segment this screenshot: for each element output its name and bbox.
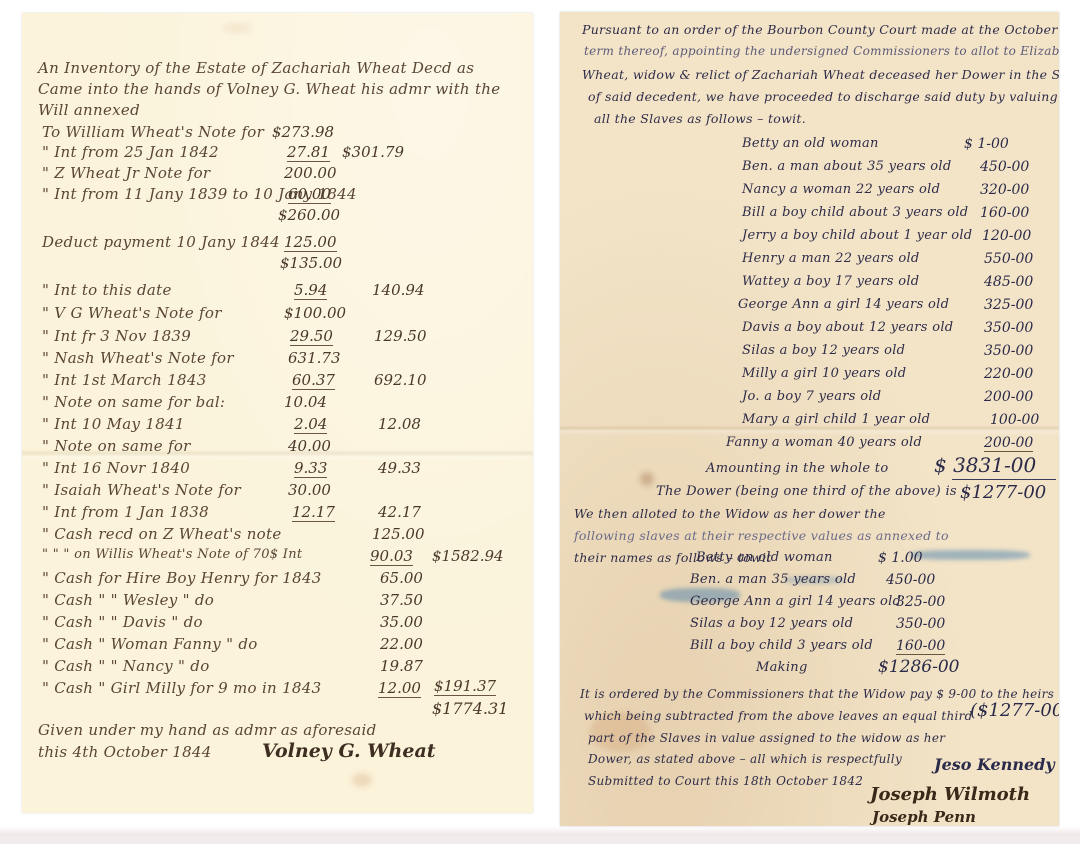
entry-text: Deduct payment 10 Jany 1844 bbox=[42, 233, 280, 251]
entry-total: 140.94 bbox=[372, 281, 425, 299]
entry-text: " Isaiah Wheat's Note for bbox=[42, 481, 241, 499]
allot-text-line-1: We then alloted to the Widow as her dowe… bbox=[574, 506, 886, 521]
entry-amount: 60.00 bbox=[288, 185, 331, 204]
entry-amount: 12.17 bbox=[292, 503, 335, 522]
allotted-value: 450-00 bbox=[886, 572, 935, 588]
entry-amount: 2.04 bbox=[294, 415, 327, 434]
entry-total: 49.33 bbox=[378, 459, 421, 477]
entry-text: " Cash " " Nancy " do bbox=[42, 657, 210, 675]
entry-text: " Cash " " Wesley " do bbox=[42, 591, 214, 609]
valuation-desc: Betty an old woman bbox=[742, 136, 879, 151]
dower-value: $1277-00 bbox=[960, 482, 1046, 503]
order-text-line-5: Submitted to Court this 18th October 184… bbox=[588, 774, 863, 788]
entry-text: " Int from 1 Jan 1838 bbox=[42, 503, 209, 521]
valuation-value: 100-00 bbox=[990, 412, 1039, 428]
valuation-value: 200-00 bbox=[984, 435, 1033, 452]
closing-line-1: Given under my hand as admr as aforesaid bbox=[38, 721, 377, 739]
preamble-line-5: all the Slaves as follows – towit. bbox=[594, 111, 806, 126]
entry-total: 12.08 bbox=[378, 415, 421, 433]
valuation-value: 485-00 bbox=[984, 274, 1033, 290]
entry-total: 22.00 bbox=[380, 635, 423, 653]
allotted-value: 350-00 bbox=[896, 616, 945, 632]
total-rule bbox=[952, 479, 1056, 480]
order-text-line-3: part of the Slaves in value assigned to … bbox=[588, 731, 945, 745]
entry-amount: 30.00 bbox=[288, 481, 331, 499]
entry-total: 12.00 bbox=[378, 679, 421, 698]
valuation-desc: Henry a man 22 years old bbox=[742, 251, 920, 266]
valuation-desc: George Ann a girl 14 years old bbox=[738, 297, 949, 312]
allotted-desc: Ben. a man 35 years old bbox=[690, 572, 856, 587]
entry-text: " Z Wheat Jr Note for bbox=[42, 164, 210, 182]
inventory-heading-line-3: Will annexed bbox=[38, 101, 140, 119]
grand-total: $1774.31 bbox=[432, 699, 508, 718]
entry-text: " Int fr 3 Nov 1839 bbox=[42, 327, 191, 345]
valuation-desc: Fanny a woman 40 years old bbox=[726, 435, 922, 450]
total-label: Amounting in the whole to bbox=[706, 461, 888, 476]
valuation-desc: Davis a boy about 12 years old bbox=[742, 320, 953, 335]
entry-text: " Int 10 May 1841 bbox=[42, 415, 185, 433]
allotted-value: $ 1.00 bbox=[878, 550, 923, 566]
entry-amount: 40.00 bbox=[288, 437, 331, 455]
allotted-value: 160-00 bbox=[896, 638, 945, 655]
entry-text: " Cash " Girl Milly for 9 mo in 1843 bbox=[42, 679, 321, 697]
allotted-value: 325-00 bbox=[896, 594, 945, 610]
entry-text: " Note on same for bbox=[42, 437, 191, 455]
entry-amount: 60.37 bbox=[292, 371, 335, 390]
entry-text: To William Wheat's Note for bbox=[42, 123, 264, 141]
entry-amount: $273.98 bbox=[272, 123, 334, 141]
entry-text: " Int 1st March 1843 bbox=[42, 371, 207, 389]
valuation-desc: Silas a boy 12 years old bbox=[742, 343, 905, 358]
entry-total: 37.50 bbox=[380, 591, 423, 609]
entry-text: " Cash for Hire Boy Henry for 1843 bbox=[42, 569, 322, 587]
entry-amount: 9.33 bbox=[294, 459, 327, 478]
entry-total: 42.17 bbox=[378, 503, 421, 521]
valuation-value: 325-00 bbox=[984, 297, 1033, 313]
allotted-desc: Bill a boy child 3 years old bbox=[690, 638, 873, 653]
entry-total: 125.00 bbox=[372, 525, 425, 543]
allotted-desc: George Ann a girl 14 years old bbox=[690, 594, 901, 609]
signature-volney-wheat: Volney G. Wheat bbox=[262, 740, 436, 762]
closing-line-2: this 4th October 1844 bbox=[38, 743, 212, 761]
entry-total: 35.00 bbox=[380, 613, 423, 631]
preamble-line-1: Pursuant to an order of the Bourbon Coun… bbox=[582, 22, 1058, 37]
entry-amount: $260.00 bbox=[278, 206, 340, 224]
entry-amount: 200.00 bbox=[284, 164, 337, 182]
valuation-value: 350-00 bbox=[984, 343, 1033, 359]
valuation-desc: Mary a girl child 1 year old bbox=[742, 412, 930, 427]
inventory-heading-line-1: An Inventory of the Estate of Zachariah … bbox=[38, 59, 474, 77]
making-label: Making bbox=[756, 660, 808, 675]
inventory-heading-line-2: Came into the hands of Volney G. Wheat h… bbox=[38, 80, 500, 98]
valuation-value: 350-00 bbox=[984, 320, 1033, 336]
entry-amount: 29.50 bbox=[290, 327, 333, 346]
allot-text-line-2: following slaves at their respective val… bbox=[574, 528, 949, 543]
valuation-value: 450-00 bbox=[980, 159, 1029, 175]
valuation-desc: Milly a girl 10 years old bbox=[742, 366, 906, 381]
paper-stain bbox=[222, 23, 252, 33]
entry-amount: 125.00 bbox=[284, 233, 337, 252]
valuation-value: 550-00 bbox=[984, 251, 1033, 267]
entry-amount: 27.81 bbox=[287, 143, 330, 162]
allotted-desc: Betty an old woman bbox=[696, 550, 833, 565]
order-text-line-4: Dower, as stated above – all which is re… bbox=[588, 752, 902, 766]
valuation-value: $ 1-00 bbox=[964, 136, 1009, 152]
entry-total: 65.00 bbox=[380, 569, 423, 587]
signature-wilmoth: Joseph Wilmoth bbox=[870, 784, 1030, 805]
entry-text: " Int from 25 Jan 1842 bbox=[42, 143, 219, 161]
dower-label: The Dower (being one third of the above)… bbox=[656, 484, 957, 499]
valuation-desc: Nancy a woman 22 years old bbox=[742, 182, 940, 197]
preamble-line-3: Wheat, widow & relict of Zachariah Wheat… bbox=[582, 67, 1059, 82]
entry-amount: $135.00 bbox=[280, 254, 342, 272]
entry-total: 19.87 bbox=[380, 657, 423, 675]
entry-text: " Cash " Woman Fanny " do bbox=[42, 635, 258, 653]
valuation-value: 200-00 bbox=[984, 389, 1033, 405]
preamble-line-2: term thereof, appointing the undersigned… bbox=[584, 44, 1059, 58]
entry-text: " Int 16 Novr 1840 bbox=[42, 459, 190, 477]
valuation-value: 120-00 bbox=[982, 228, 1031, 244]
allotted-desc: Silas a boy 12 years old bbox=[690, 616, 853, 631]
entry-text: " Cash recd on Z Wheat's note bbox=[42, 525, 282, 543]
entry-text: " Nash Wheat's Note for bbox=[42, 349, 234, 367]
valuation-desc: Jerry a boy child about 1 year old bbox=[742, 228, 972, 243]
estate-inventory-page: An Inventory of the Estate of Zachariah … bbox=[22, 13, 533, 813]
entry-amount: 5.94 bbox=[294, 281, 327, 300]
paper-stain bbox=[640, 472, 654, 486]
paper-stain bbox=[352, 773, 372, 787]
total-value: $ 3831-00 bbox=[934, 453, 1036, 477]
valuation-desc: Ben. a man about 35 years old bbox=[742, 159, 951, 174]
order-value: ($1277-00) bbox=[970, 700, 1059, 721]
entry-total: 90.03 bbox=[370, 547, 413, 566]
entry-total: 692.10 bbox=[374, 371, 427, 389]
preamble-line-4: of said decedent, we have proceeded to d… bbox=[588, 89, 1058, 104]
entry-amount: 631.73 bbox=[288, 349, 341, 367]
making-value: $1286-00 bbox=[878, 657, 959, 677]
entry-amount: 10.04 bbox=[284, 393, 327, 411]
valuation-value: 320-00 bbox=[980, 182, 1029, 198]
entry-text: " Int to this date bbox=[42, 281, 172, 299]
order-text-line-1: It is ordered by the Commissioners that … bbox=[580, 687, 1054, 701]
signature-penn: Joseph Penn bbox=[872, 808, 976, 826]
entry-text: " Cash " " Davis " do bbox=[42, 613, 203, 631]
valuation-value: 160-00 bbox=[980, 205, 1029, 221]
blue-ink-smear bbox=[910, 550, 1030, 560]
valuation-desc: Jo. a boy 7 years old bbox=[742, 389, 881, 404]
entry-grand-subtotal: $191.37 bbox=[434, 677, 496, 696]
entry-grand-subtotal: $1582.94 bbox=[432, 547, 504, 565]
entry-text: " V G Wheat's Note for bbox=[42, 304, 222, 322]
entry-amount: $100.00 bbox=[284, 304, 346, 322]
dower-allotment-page: Pursuant to an order of the Bourbon Coun… bbox=[560, 12, 1059, 826]
valuation-desc: Wattey a boy 17 years old bbox=[742, 274, 919, 289]
entry-total: 129.50 bbox=[374, 327, 427, 345]
entry-text: " " " on Willis Wheat's Note of 70$ Int bbox=[42, 547, 302, 562]
valuation-desc: Bill a boy child about 3 years old bbox=[742, 205, 968, 220]
valuation-value: 220-00 bbox=[984, 366, 1033, 382]
entry-text: " Note on same for bal: bbox=[42, 393, 225, 411]
entry-total: $301.79 bbox=[342, 143, 404, 161]
order-text-line-2: which being subtracted from the above le… bbox=[584, 709, 973, 723]
signature-kennedy: Jeso Kennedy bbox=[934, 755, 1055, 774]
